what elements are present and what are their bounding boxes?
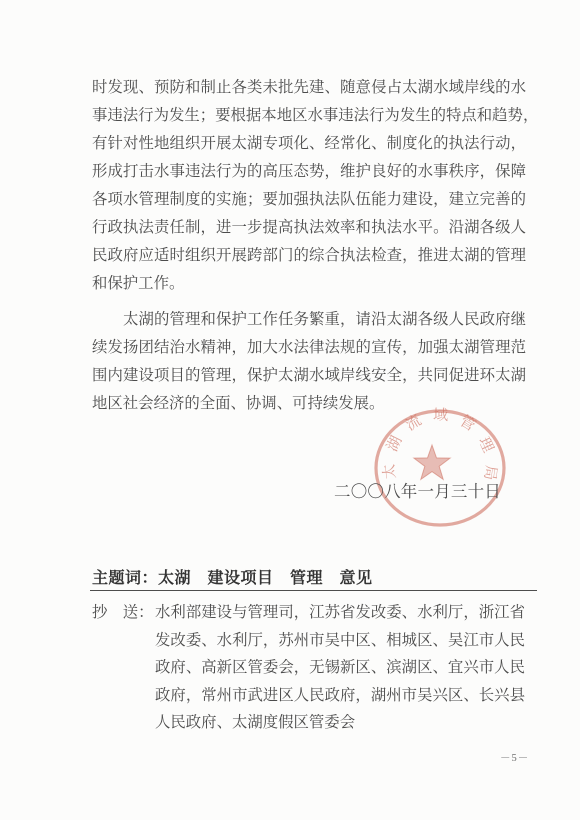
body-line: 时发现、预防和制止各类未批先建、随意侵占太湖水域岸线的水: [92, 74, 526, 102]
body-text: 时发现、预防和制止各类未批先建、随意侵占太湖水域岸线的水 事违法行为发生；要根据…: [92, 74, 526, 418]
cc-line: 政府、高新区管委会，无锡新区、滨湖区、宜兴市人民: [155, 654, 525, 682]
body-line: 民政府应适时组织开展跨部门的综合执法检查，推进太湖的管理: [92, 242, 526, 270]
cc-line: 发改委、水利厅，苏州市吴中区、相城区、吴江市人民: [155, 627, 525, 655]
official-seal: 太湖流域管理局: [372, 400, 508, 536]
body-line: 续发扬团结治水精神，加大水法律法规的宣传，加强太湖管理范: [92, 334, 526, 362]
body-line: 各项水管理制度的实施；要加强执法队伍能力建设，建立完善的: [92, 186, 526, 214]
cc-line: 水利部建设与管理司，江苏省发改委、水利厅，浙江省: [155, 599, 525, 627]
body-line: 和保护工作。: [92, 270, 526, 298]
body-line: 行政执法责任制，进一步提高执法效率和执法水平。沿湖各级人: [92, 214, 526, 242]
subject-label: 主题词：: [92, 570, 158, 587]
body-paragraph-1: 时发现、预防和制止各类未批先建、随意侵占太湖水域岸线的水 事违法行为发生；要根据…: [92, 74, 526, 298]
subject-words-row: 主题词：太湖 建设项目 管理 意见: [92, 565, 537, 588]
body-line: 有针对性地组织开展太湖专项化、经常化、制度化的执法行动，: [92, 130, 526, 158]
separator-rule: [90, 590, 537, 591]
cc-line: 人民政府、太湖度假区管委会: [155, 709, 525, 737]
issue-date: 二〇〇八年一月三十日: [334, 478, 501, 502]
cc-label: 抄 送：: [92, 599, 154, 627]
seal-star-icon: [414, 445, 450, 479]
document-page: 时发现、预防和制止各类未批先建、随意侵占太湖水域岸线的水 事违法行为发生；要根据…: [0, 0, 580, 820]
page-number: －5－: [500, 750, 529, 765]
body-line: 形成打击水事违法行为的高压态势，维护良好的水事秩序，保障: [92, 158, 526, 186]
body-line: 太湖的管理和保护工作任务繁重，请沿太湖各级人民政府继: [92, 306, 526, 334]
body-line: 事违法行为发生；要根据本地区水事违法行为发生的特点和趋势，: [92, 102, 526, 130]
subject-terms: 太湖 建设项目 管理 意见: [158, 570, 373, 587]
body-line: 围内建设项目的管理，保护太湖水域岸线安全，共同促进环太湖: [92, 362, 526, 390]
cc-line: 政府，常州市武进区人民政府，湖州市吴兴区、长兴县: [155, 682, 525, 710]
cc-list: 水利部建设与管理司，江苏省发改委、水利厅，浙江省 发改委、水利厅，苏州市吴中区、…: [155, 599, 525, 737]
